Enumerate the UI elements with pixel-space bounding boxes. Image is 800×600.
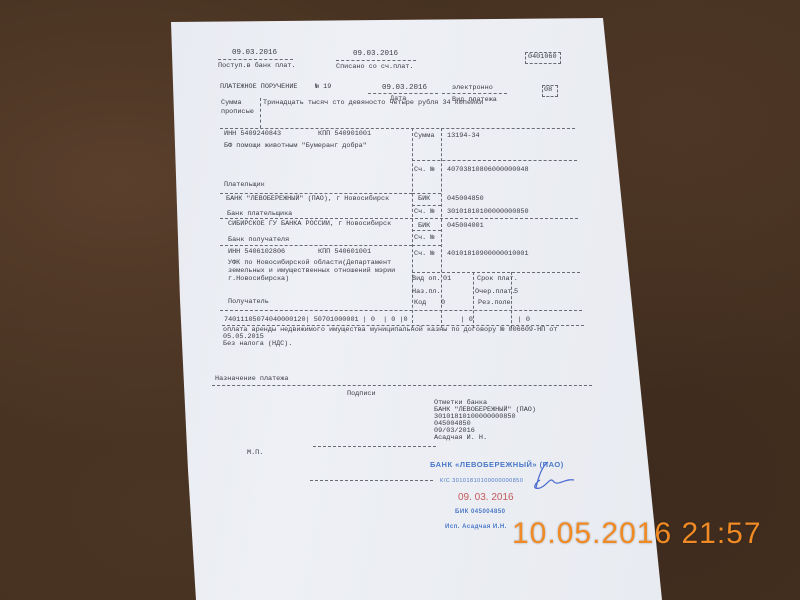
seal-label: М.П. <box>247 449 263 458</box>
payer-bank-bik: 045004850 <box>447 195 484 204</box>
amount-words: Тринадцать тысяч сто девяносто четыре ру… <box>263 99 483 108</box>
document-title: ПЛАТЕЖНОЕ ПОРУЧЕНИЕ <box>220 83 298 92</box>
form-code: 0401060 <box>528 53 557 62</box>
stamp-date: 09. 03. 2016 <box>458 492 514 503</box>
payee-kpp: КПП 540601001 <box>318 248 371 257</box>
payee-label: Получатель <box>228 298 269 307</box>
camera-timestamp: 10.05.2016 21:57 <box>512 517 762 551</box>
stamp-account: К/С 30101810100000000850 <box>440 478 523 484</box>
payee-bank-bik: 045004001 <box>447 222 484 231</box>
due-label: Срок плат. <box>477 275 518 284</box>
payee-bank-label: Банк получателя <box>228 236 289 245</box>
payer-inn: ИНН 5409240843 <box>224 130 281 139</box>
received-label: Поступ.в банк плат. <box>218 62 296 71</box>
purpose-text: оплата аренды недвижимого имущества муни… <box>223 327 557 348</box>
code-label: Код <box>414 299 426 308</box>
payer-kpp: КПП 540901001 <box>318 130 371 139</box>
payer-bank-bik-label: БИК <box>418 195 430 204</box>
amount-label: Сумма <box>414 132 434 141</box>
payment-type: электронно <box>452 84 493 93</box>
payer-bank: БАНК "ЛЕВОБЕРЕЖНЫЙ" (ПАО), г Новосибирск <box>226 195 389 204</box>
tax-line: 74011105074040000120| 50701000001 | 0 | … <box>224 316 530 325</box>
payer-bank-account-label: Сч. № <box>414 208 434 217</box>
signatures-label: Подписи <box>347 390 376 399</box>
payee-account-label: Сч. № <box>414 250 434 259</box>
payee-name: УФК по Новосибирской области(Департамент… <box>228 259 395 283</box>
payee-bank: СИБИРСКОЕ ГУ БАНКА РОССИИ, г Новосибирск <box>228 220 391 229</box>
payer-account: 40703810806000000048 <box>447 166 529 175</box>
payer-name: БФ помощи животным "Бумеранг добра" <box>224 142 367 151</box>
priority: 5 <box>514 288 518 297</box>
payer-bank-account: 30101810100000000850 <box>447 208 529 217</box>
priority-label: Очер.плат. <box>475 288 516 297</box>
bank-marks: Отметки банка БАНК "ЛЕВОБЕРЕЖНЫЙ" (ПАО) … <box>434 400 536 442</box>
payee-account: 40101810900000010001 <box>447 250 529 259</box>
stamp-executor: Исп. Асадчая И.Н. <box>445 524 507 530</box>
purpose-label: Назначение платежа <box>215 375 288 384</box>
reserve-label: Рез.поле <box>478 299 511 308</box>
amount-words-label: Сумма прописью <box>221 99 254 117</box>
op-type: 01 <box>443 275 451 284</box>
stamp-bik: БИК 045004850 <box>455 509 506 515</box>
payee-bank-account-label: Сч. № <box>414 234 434 243</box>
received-date: 09.03.2016 <box>232 49 277 58</box>
signature-scribble <box>528 458 578 494</box>
debited-date: 09.03.2016 <box>353 50 398 59</box>
payee-inn: ИНН 5406102806 <box>228 248 285 257</box>
document-number: № 19 <box>315 83 331 92</box>
code: 0 <box>441 299 445 308</box>
op-type-label: Вид оп. <box>412 275 441 284</box>
payer-label: Плательщик <box>224 181 265 190</box>
debited-label: Списано со сч.плат. <box>336 63 414 72</box>
status-code: 08 <box>544 86 552 95</box>
amount-value: 13194-34 <box>447 132 480 141</box>
purpose-code-label: Наз.пл. <box>412 288 441 297</box>
document-date: 09.03.2016 <box>382 84 427 93</box>
payer-account-label: Сч. № <box>414 166 434 175</box>
